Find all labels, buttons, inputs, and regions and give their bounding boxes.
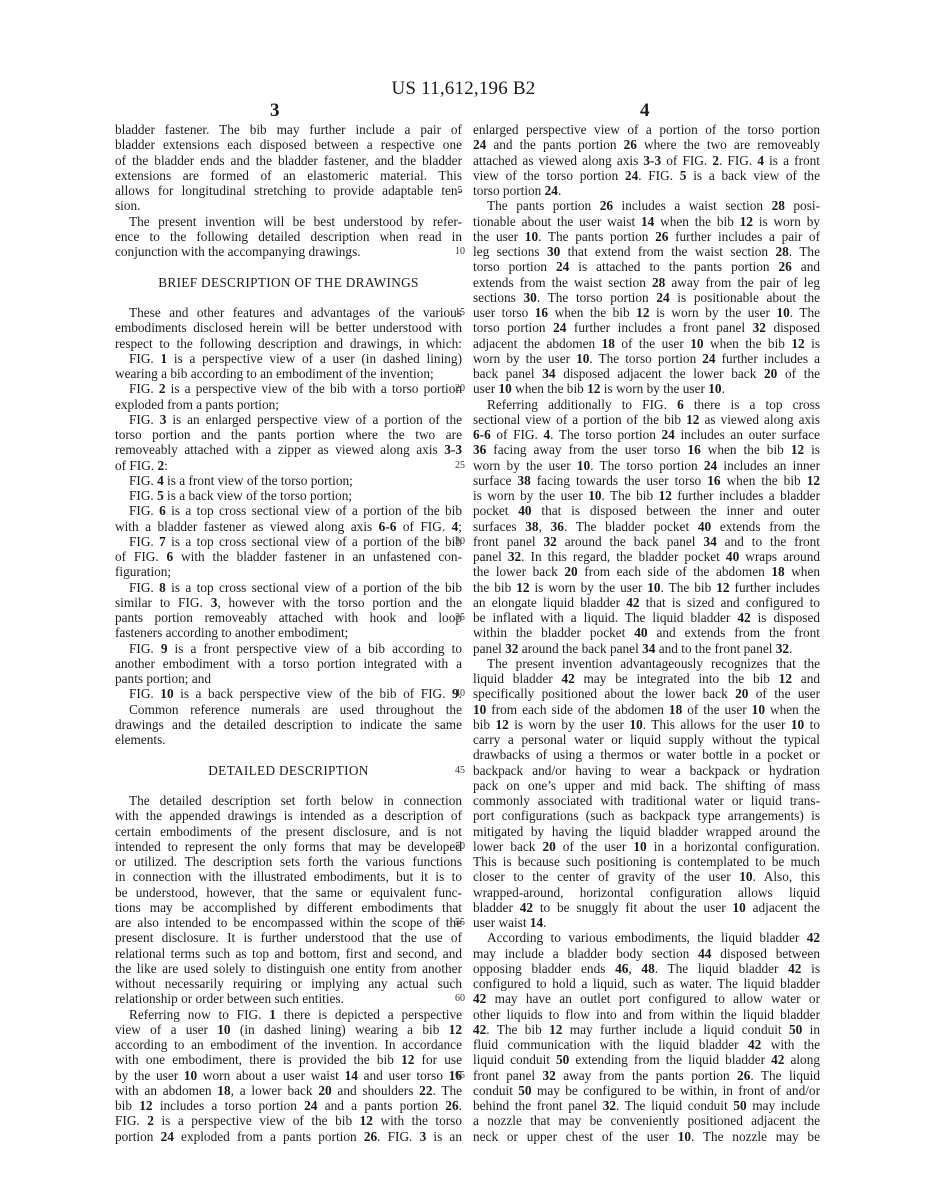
line-number: 60 bbox=[452, 993, 468, 1004]
text-line: FIG. 9 is a front perspective view of a … bbox=[115, 641, 462, 656]
line-number: 45 bbox=[452, 765, 468, 776]
page-number-right: 4 bbox=[640, 100, 650, 122]
page-number-left: 3 bbox=[270, 100, 280, 122]
text-line: figuration; bbox=[115, 564, 462, 579]
text-line: pack on one’s upper and mid back. The sh… bbox=[473, 778, 820, 793]
text-line: panel 32 around the back panel 34 and to… bbox=[473, 641, 820, 656]
text-line: port configurations (such as backpack ty… bbox=[473, 808, 820, 823]
text-line: pocket 40 that is disposed between the i… bbox=[473, 503, 820, 518]
line-number: 30 bbox=[452, 536, 468, 547]
text-line: another embodiment with a torso portion … bbox=[115, 656, 462, 671]
text-line: wrapped-around, horizontal configuration… bbox=[473, 885, 820, 900]
text-line: with one embodiment, there is provided t… bbox=[115, 1052, 462, 1067]
text-line bbox=[115, 290, 462, 305]
text-line: behind the front panel 32. The liquid co… bbox=[473, 1098, 820, 1113]
text-line: exploded from a pants portion; bbox=[115, 397, 462, 412]
text-line: neck or upper chest of the user 10. The … bbox=[473, 1129, 820, 1144]
text-line: leg sections 30 that extend from the wai… bbox=[473, 244, 820, 259]
text-line: mitigated by having the liquid bladder w… bbox=[473, 824, 820, 839]
patent-number-header: US 11,612,196 B2 bbox=[0, 78, 927, 100]
text-line: drawings and the detailed description to… bbox=[115, 717, 462, 732]
text-line: pants portion; and bbox=[115, 671, 462, 686]
text-line: 6-6 of FIG. 4. The torso portion 24 incl… bbox=[473, 427, 820, 442]
text-line: user 10 when the bib 12 is worn by the u… bbox=[473, 381, 820, 396]
text-line: According to various embodiments, the li… bbox=[473, 930, 820, 945]
text-line: by the user 10 worn about a user waist 1… bbox=[115, 1068, 462, 1083]
text-line: lower back 20 of the user 10 in a horizo… bbox=[473, 839, 820, 854]
section-heading: BRIEF DESCRIPTION OF THE DRAWINGS bbox=[115, 275, 462, 290]
text-line: with a bladder fastener as viewed along … bbox=[115, 519, 462, 534]
text-line: These and other features and advantages … bbox=[115, 305, 462, 320]
text-line bbox=[115, 778, 462, 793]
text-line: 42. The bib 12 may further include a liq… bbox=[473, 1022, 820, 1037]
text-line: fasteners according to another embodimen… bbox=[115, 625, 462, 640]
text-line: opposing bladder ends 46, 48. The liquid… bbox=[473, 961, 820, 976]
text-line: or utilized. The description sets forth … bbox=[115, 854, 462, 869]
text-line: FIG. 6 is a top cross sectional view of … bbox=[115, 503, 462, 518]
text-line: FIG. 4 is a front view of the torso port… bbox=[115, 473, 462, 488]
text-line: respect to the following description and… bbox=[115, 336, 462, 351]
text-line: panel 32. In this regard, the bladder po… bbox=[473, 549, 820, 564]
text-line: The present invention advantageously rec… bbox=[473, 656, 820, 671]
text-line: liquid conduit 50 extending from the liq… bbox=[473, 1052, 820, 1067]
text-line: user waist 14. bbox=[473, 915, 820, 930]
text-line: FIG. 8 is a top cross sectional view of … bbox=[115, 580, 462, 595]
line-number: 50 bbox=[452, 841, 468, 852]
text-line: 24 and the pants portion 26 where the tw… bbox=[473, 137, 820, 152]
text-line: view of a user 10 (in dashed lining) wea… bbox=[115, 1022, 462, 1037]
text-line: bladder 42 to be snuggly fit about the u… bbox=[473, 900, 820, 915]
text-line: bladder fastener. The bib may further in… bbox=[115, 122, 462, 137]
text-line: be inflated with a liquid. The liquid bl… bbox=[473, 610, 820, 625]
text-line: with the appended drawings is intended a… bbox=[115, 808, 462, 823]
text-line: bib 12 includes a torso portion 24 and a… bbox=[115, 1098, 462, 1113]
text-line: torso portion and the pants portion wher… bbox=[115, 427, 462, 442]
text-line: sections 30. The torso portion 24 is pos… bbox=[473, 290, 820, 305]
text-line: FIG. 7 is a top cross sectional view of … bbox=[115, 534, 462, 549]
text-line: backpack and/or having to wear a backpac… bbox=[473, 763, 820, 778]
line-number: 25 bbox=[452, 460, 468, 471]
text-line: front panel 32 around the back panel 34 … bbox=[473, 534, 820, 549]
text-line: adjacent the abdomen 18 of the user 10 w… bbox=[473, 336, 820, 351]
text-line: bib 12 is worn by the user 10. This allo… bbox=[473, 717, 820, 732]
text-line: specifically positioned about the lower … bbox=[473, 686, 820, 701]
text-line: surface 38 facing towards the user torso… bbox=[473, 473, 820, 488]
text-line: be understood, however, that the same or… bbox=[115, 885, 462, 900]
text-line: allows for longitudinal stretching to pr… bbox=[115, 183, 462, 198]
text-line: FIG. 5 is a back view of the torso porti… bbox=[115, 488, 462, 503]
text-line: embodiments disclosed herein will be bet… bbox=[115, 320, 462, 335]
text-line: with an abdomen 18, a lower back 20 and … bbox=[115, 1083, 462, 1098]
text-line: intended to represent the only forms tha… bbox=[115, 839, 462, 854]
line-number: 15 bbox=[452, 307, 468, 318]
text-line: FIG. 2 is a perspective view of the bib … bbox=[115, 1113, 462, 1128]
text-line: commonly associated with traditional wat… bbox=[473, 793, 820, 808]
text-line: a nozzle that may be conveniently positi… bbox=[473, 1113, 820, 1128]
text-line: The detailed description set forth below… bbox=[115, 793, 462, 808]
line-number: 55 bbox=[452, 917, 468, 928]
line-number: 5 bbox=[452, 185, 468, 196]
text-line: torso portion 24 is attached to the pant… bbox=[473, 259, 820, 274]
text-line: carry a personal water or liquid supply … bbox=[473, 732, 820, 747]
text-line: other liquids to flow into and from with… bbox=[473, 1007, 820, 1022]
text-line: portion 24 exploded from a pants portion… bbox=[115, 1129, 462, 1144]
text-line: view of the torso portion 24. FIG. 5 is … bbox=[473, 168, 820, 183]
text-line: sion. bbox=[115, 198, 462, 213]
text-line: attached as viewed along axis 3-3 of FIG… bbox=[473, 153, 820, 168]
text-line: surfaces 38, 36. The bladder pocket 40 e… bbox=[473, 519, 820, 534]
text-line: without necessarily requiring or implyin… bbox=[115, 976, 462, 991]
text-line: FIG. 1 is a perspective view of a user (… bbox=[115, 351, 462, 366]
text-line: configured to hold a liquid, such as wat… bbox=[473, 976, 820, 991]
text-line: tions may be accomplished by different e… bbox=[115, 900, 462, 915]
text-line: FIG. 2 is a perspective view of the bib … bbox=[115, 381, 462, 396]
text-line: Common reference numerals are used throu… bbox=[115, 702, 462, 717]
text-line: sectional view of a portion of the bib 1… bbox=[473, 412, 820, 427]
text-line: FIG. 3 is an enlarged perspective view o… bbox=[115, 412, 462, 427]
text-line: Referring additionally to FIG. 6 there i… bbox=[473, 397, 820, 412]
text-line: bladder extensions each disposed between… bbox=[115, 137, 462, 152]
line-number: 35 bbox=[452, 612, 468, 623]
text-line: 36 facing away from the user torso 16 wh… bbox=[473, 442, 820, 457]
text-line: relational terms such as top and bottom,… bbox=[115, 946, 462, 961]
text-line: torso portion 24 further includes a fron… bbox=[473, 320, 820, 335]
right-text-column: enlarged perspective view of a portion o… bbox=[473, 122, 820, 1144]
text-line: the like are used solely to distinguish … bbox=[115, 961, 462, 976]
text-line: removeably attached with a zipper as vie… bbox=[115, 442, 462, 457]
text-line: of FIG. 2: bbox=[115, 458, 462, 473]
text-line: present disclosure. It is further unders… bbox=[115, 930, 462, 945]
text-line: tionable about the user waist 14 when th… bbox=[473, 214, 820, 229]
text-line: The pants portion 26 includes a waist se… bbox=[473, 198, 820, 213]
text-line bbox=[115, 747, 462, 762]
text-line: FIG. 10 is a back perspective view of th… bbox=[115, 686, 462, 701]
line-number: 20 bbox=[452, 383, 468, 394]
text-line: liquid bladder 42 may be integrated into… bbox=[473, 671, 820, 686]
text-line bbox=[115, 259, 462, 274]
line-number: 65 bbox=[452, 1070, 468, 1081]
text-line: ence to the following detailed descripti… bbox=[115, 229, 462, 244]
text-line: worn by the user 10. The torso portion 2… bbox=[473, 458, 820, 473]
text-line: user torso 16 when the bib 12 is worn by… bbox=[473, 305, 820, 320]
text-line: an elongate liquid bladder 42 that is si… bbox=[473, 595, 820, 610]
text-line: back panel 34 disposed adjacent the lowe… bbox=[473, 366, 820, 381]
text-line: extensions are formed of an elastomeric … bbox=[115, 168, 462, 183]
text-line: of the bladder ends and the bladder fast… bbox=[115, 153, 462, 168]
text-line: drawbacks of using a thermos or water bo… bbox=[473, 747, 820, 762]
text-line: 42 may have an outlet port configured to… bbox=[473, 991, 820, 1006]
text-line: torso portion 24. bbox=[473, 183, 820, 198]
text-line: the user 10. The pants portion 26 furthe… bbox=[473, 229, 820, 244]
text-line: The present invention will be best under… bbox=[115, 214, 462, 229]
text-line: enlarged perspective view of a portion o… bbox=[473, 122, 820, 137]
text-line: 10 from each side of the abdomen 18 of t… bbox=[473, 702, 820, 717]
text-line: pants portion removeably attached with h… bbox=[115, 610, 462, 625]
text-line: closer to the center of gravity of the u… bbox=[473, 869, 820, 884]
text-line: the bib 12 is worn by the user 10. The b… bbox=[473, 580, 820, 595]
text-line: is worn by the user 10. The bib 12 furth… bbox=[473, 488, 820, 503]
text-line: similar to FIG. 3, however with the tors… bbox=[115, 595, 462, 610]
text-line: relationship or order between such entit… bbox=[115, 991, 462, 1006]
text-line: Referring now to FIG. 1 there is depicte… bbox=[115, 1007, 462, 1022]
text-line: fluid communication with the liquid blad… bbox=[473, 1037, 820, 1052]
text-line: elements. bbox=[115, 732, 462, 747]
text-line: in connection with the illustrated embod… bbox=[115, 869, 462, 884]
text-line: worn by the user 10. The torso portion 2… bbox=[473, 351, 820, 366]
text-line: are also intended to be encompassed with… bbox=[115, 915, 462, 930]
text-line: This is because such positioning is cont… bbox=[473, 854, 820, 869]
text-line: certain embodiments of the present discl… bbox=[115, 824, 462, 839]
line-number: 40 bbox=[452, 688, 468, 699]
text-line: of FIG. 6 with the bladder fastener in a… bbox=[115, 549, 462, 564]
text-line: within the bladder pocket 40 and extends… bbox=[473, 625, 820, 640]
text-line: conjunction with the accompanying drawin… bbox=[115, 244, 462, 259]
text-line: front panel 32 away from the pants porti… bbox=[473, 1068, 820, 1083]
text-line: extends from the waist section 28 away f… bbox=[473, 275, 820, 290]
text-line: may include a bladder body section 44 di… bbox=[473, 946, 820, 961]
line-number: 10 bbox=[452, 246, 468, 257]
text-line: conduit 50 may be configured to be withi… bbox=[473, 1083, 820, 1098]
section-heading: DETAILED DESCRIPTION bbox=[115, 763, 462, 778]
text-line: the lower back 20 from each side of the … bbox=[473, 564, 820, 579]
text-line: wearing a bib according to an embodiment… bbox=[115, 366, 462, 381]
left-text-column: bladder fastener. The bib may further in… bbox=[115, 122, 462, 1144]
text-line: according to an embodiment of the invent… bbox=[115, 1037, 462, 1052]
